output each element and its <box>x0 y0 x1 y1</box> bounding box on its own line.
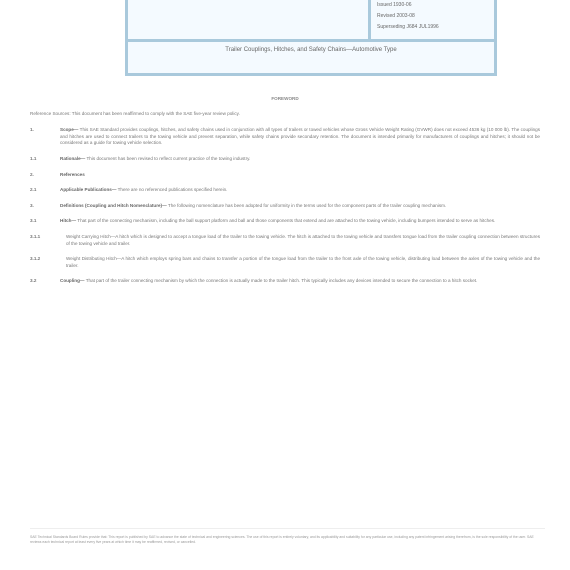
section-number: 1.1 <box>30 156 60 163</box>
section-3-2: 3.2Coupling— That part of the trailer co… <box>30 278 540 285</box>
section-text: References <box>60 172 540 179</box>
footer-disclaimer: SAE Technical Standards Board Rules prov… <box>30 528 545 545</box>
section-body: The following nomenclature has been adop… <box>168 203 446 208</box>
section-2-1: 2.1Applicable Publications— There are no… <box>30 187 540 194</box>
document-header-box: Issued 1930-06 Revised 2003-08 Supersedi… <box>125 0 497 76</box>
intro-paragraph: Reference Sources: This document has bee… <box>30 111 540 118</box>
section-3-1-1: 3.1.1 Weight Carrying Hitch—A hitch whic… <box>30 234 540 247</box>
section-text: Scope— This SAE Standard provides coupli… <box>60 127 540 147</box>
section-3: 3.Definitions (Coupling and Hitch Nomenc… <box>30 203 540 210</box>
section-title: Hitch— <box>60 218 76 223</box>
section-title: Applicable Publications— <box>60 187 116 192</box>
section-title: Rationale— <box>60 156 85 161</box>
document-body: FOREWORD Reference Sources: This documen… <box>30 96 540 294</box>
header-issue-info: Issued 1930-06 Revised 2003-08 Supersedi… <box>368 0 497 39</box>
section-number: 3.1 <box>30 218 60 225</box>
section-title: Coupling— <box>60 278 85 283</box>
section-title: References <box>60 172 85 177</box>
header-top-band: Issued 1930-06 Revised 2003-08 Supersedi… <box>128 0 494 42</box>
section-number: 2.1 <box>30 187 60 194</box>
superseding-info: Superseding J684 JUL1996 <box>371 21 497 32</box>
section-body: Weight Carrying Hitch—A hitch which is d… <box>66 234 540 246</box>
section-number: 1. <box>30 127 60 147</box>
section-number: 3. <box>30 203 60 210</box>
section-number: 3.1.2 <box>30 256 66 269</box>
section-1: 1.Scope— This SAE Standard provides coup… <box>30 127 540 147</box>
section-text: Definitions (Coupling and Hitch Nomencla… <box>60 203 540 210</box>
section-number: 2. <box>30 172 60 179</box>
document-title: Trailer Couplings, Hitches, and Safety C… <box>128 47 494 53</box>
issued-date: Issued 1930-06 <box>371 0 497 10</box>
section-body: That part of the connecting mechanism, i… <box>77 218 495 223</box>
section-text: Rationale— This document has been revise… <box>60 156 540 163</box>
section-number: 3.2 <box>30 278 60 285</box>
section-text: Weight Distributing Hitch—A hitch which … <box>66 256 540 269</box>
section-number: 3.1.1 <box>30 234 66 247</box>
section-title: Scope— <box>60 127 78 132</box>
section-body: Weight Distributing Hitch—A hitch which … <box>66 256 540 268</box>
section-2: 2.References <box>30 172 540 179</box>
foreword-heading: FOREWORD <box>30 96 540 103</box>
section-text: Weight Carrying Hitch—A hitch which is d… <box>66 234 540 247</box>
section-body: That part of the trailer connecting mech… <box>86 278 478 283</box>
section-1-1: 1.1Rationale— This document has been rev… <box>30 156 540 163</box>
section-body: There are no referenced publications spe… <box>118 187 228 192</box>
section-text: Coupling— That part of the trailer conne… <box>60 278 540 285</box>
section-text: Hitch— That part of the connecting mecha… <box>60 218 540 225</box>
section-text: Applicable Publications— There are no re… <box>60 187 540 194</box>
section-body: This document has been revised to reflec… <box>86 156 250 161</box>
section-title: Definitions (Coupling and Hitch Nomencla… <box>60 203 167 208</box>
section-3-1: 3.1Hitch— That part of the connecting me… <box>30 218 540 225</box>
revised-date: Revised 2003-08 <box>371 10 497 21</box>
section-body: This SAE Standard provides couplings, hi… <box>60 127 540 145</box>
section-3-1-2: 3.1.2 Weight Distributing Hitch—A hitch … <box>30 256 540 269</box>
